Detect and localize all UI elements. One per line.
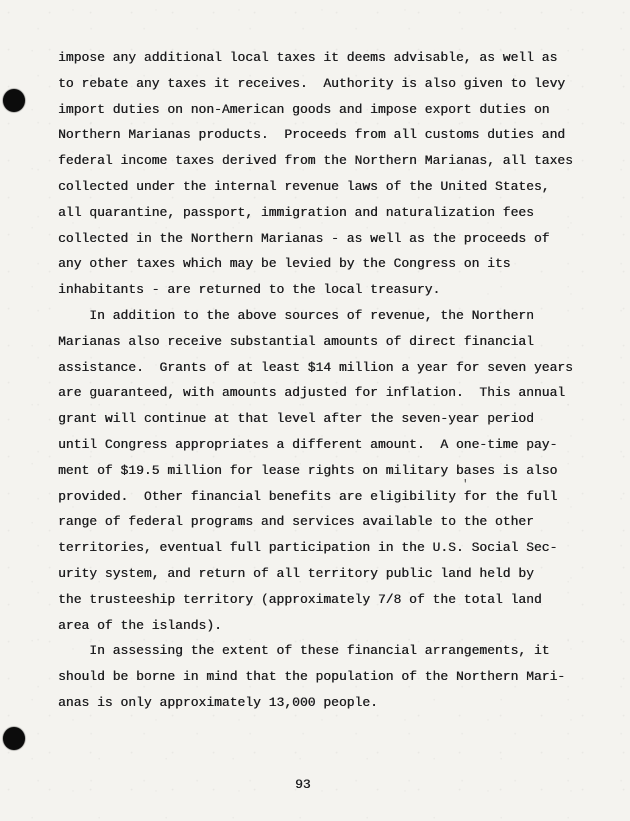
text-line: are guaranteed, with amounts adjusted fo… bbox=[58, 380, 598, 406]
text-line: urity system, and return of all territor… bbox=[58, 561, 598, 587]
text-line: inhabitants - are returned to the local … bbox=[58, 277, 598, 303]
scanned-document-page: impose any additional local taxes it dee… bbox=[0, 0, 630, 821]
text-line: impose any additional local taxes it dee… bbox=[58, 45, 598, 71]
document-body-text: impose any additional local taxes it dee… bbox=[58, 45, 598, 716]
text-line: any other taxes which may be levied by t… bbox=[58, 251, 598, 277]
text-line: import duties on non-American goods and … bbox=[58, 97, 598, 123]
text-line: territories, eventual full participation… bbox=[58, 535, 598, 561]
text-line: all quarantine, passport, immigration an… bbox=[58, 200, 598, 226]
text-line: Marianas also receive substantial amount… bbox=[58, 329, 598, 355]
text-line: collected under the internal revenue law… bbox=[58, 174, 598, 200]
text-line: range of federal programs and services a… bbox=[58, 509, 598, 535]
text-line: the trusteeship territory (approximately… bbox=[58, 587, 598, 613]
scan-artifact-mark: ' bbox=[462, 479, 469, 491]
text-line: Northern Marianas products. Proceeds fro… bbox=[58, 122, 598, 148]
hole-punch-mark-top bbox=[3, 89, 25, 112]
text-line: anas is only approximately 13,000 people… bbox=[58, 690, 598, 716]
text-line: should be borne in mind that the populat… bbox=[58, 664, 598, 690]
text-line: In assessing the extent of these financi… bbox=[58, 638, 598, 664]
hole-punch-mark-bottom bbox=[3, 727, 25, 750]
text-line: federal income taxes derived from the No… bbox=[58, 148, 598, 174]
text-line: collected in the Northern Marianas - as … bbox=[58, 226, 598, 252]
text-line: provided. Other financial benefits are e… bbox=[58, 484, 598, 510]
text-line: assistance. Grants of at least $14 milli… bbox=[58, 355, 598, 381]
text-line: area of the islands). bbox=[58, 613, 598, 639]
page-number: 93 bbox=[295, 777, 311, 792]
text-line: grant will continue at that level after … bbox=[58, 406, 598, 432]
text-line: ment of $19.5 million for lease rights o… bbox=[58, 458, 598, 484]
text-line: to rebate any taxes it receives. Authori… bbox=[58, 71, 598, 97]
text-line: until Congress appropriates a different … bbox=[58, 432, 598, 458]
text-line: In addition to the above sources of reve… bbox=[58, 303, 598, 329]
